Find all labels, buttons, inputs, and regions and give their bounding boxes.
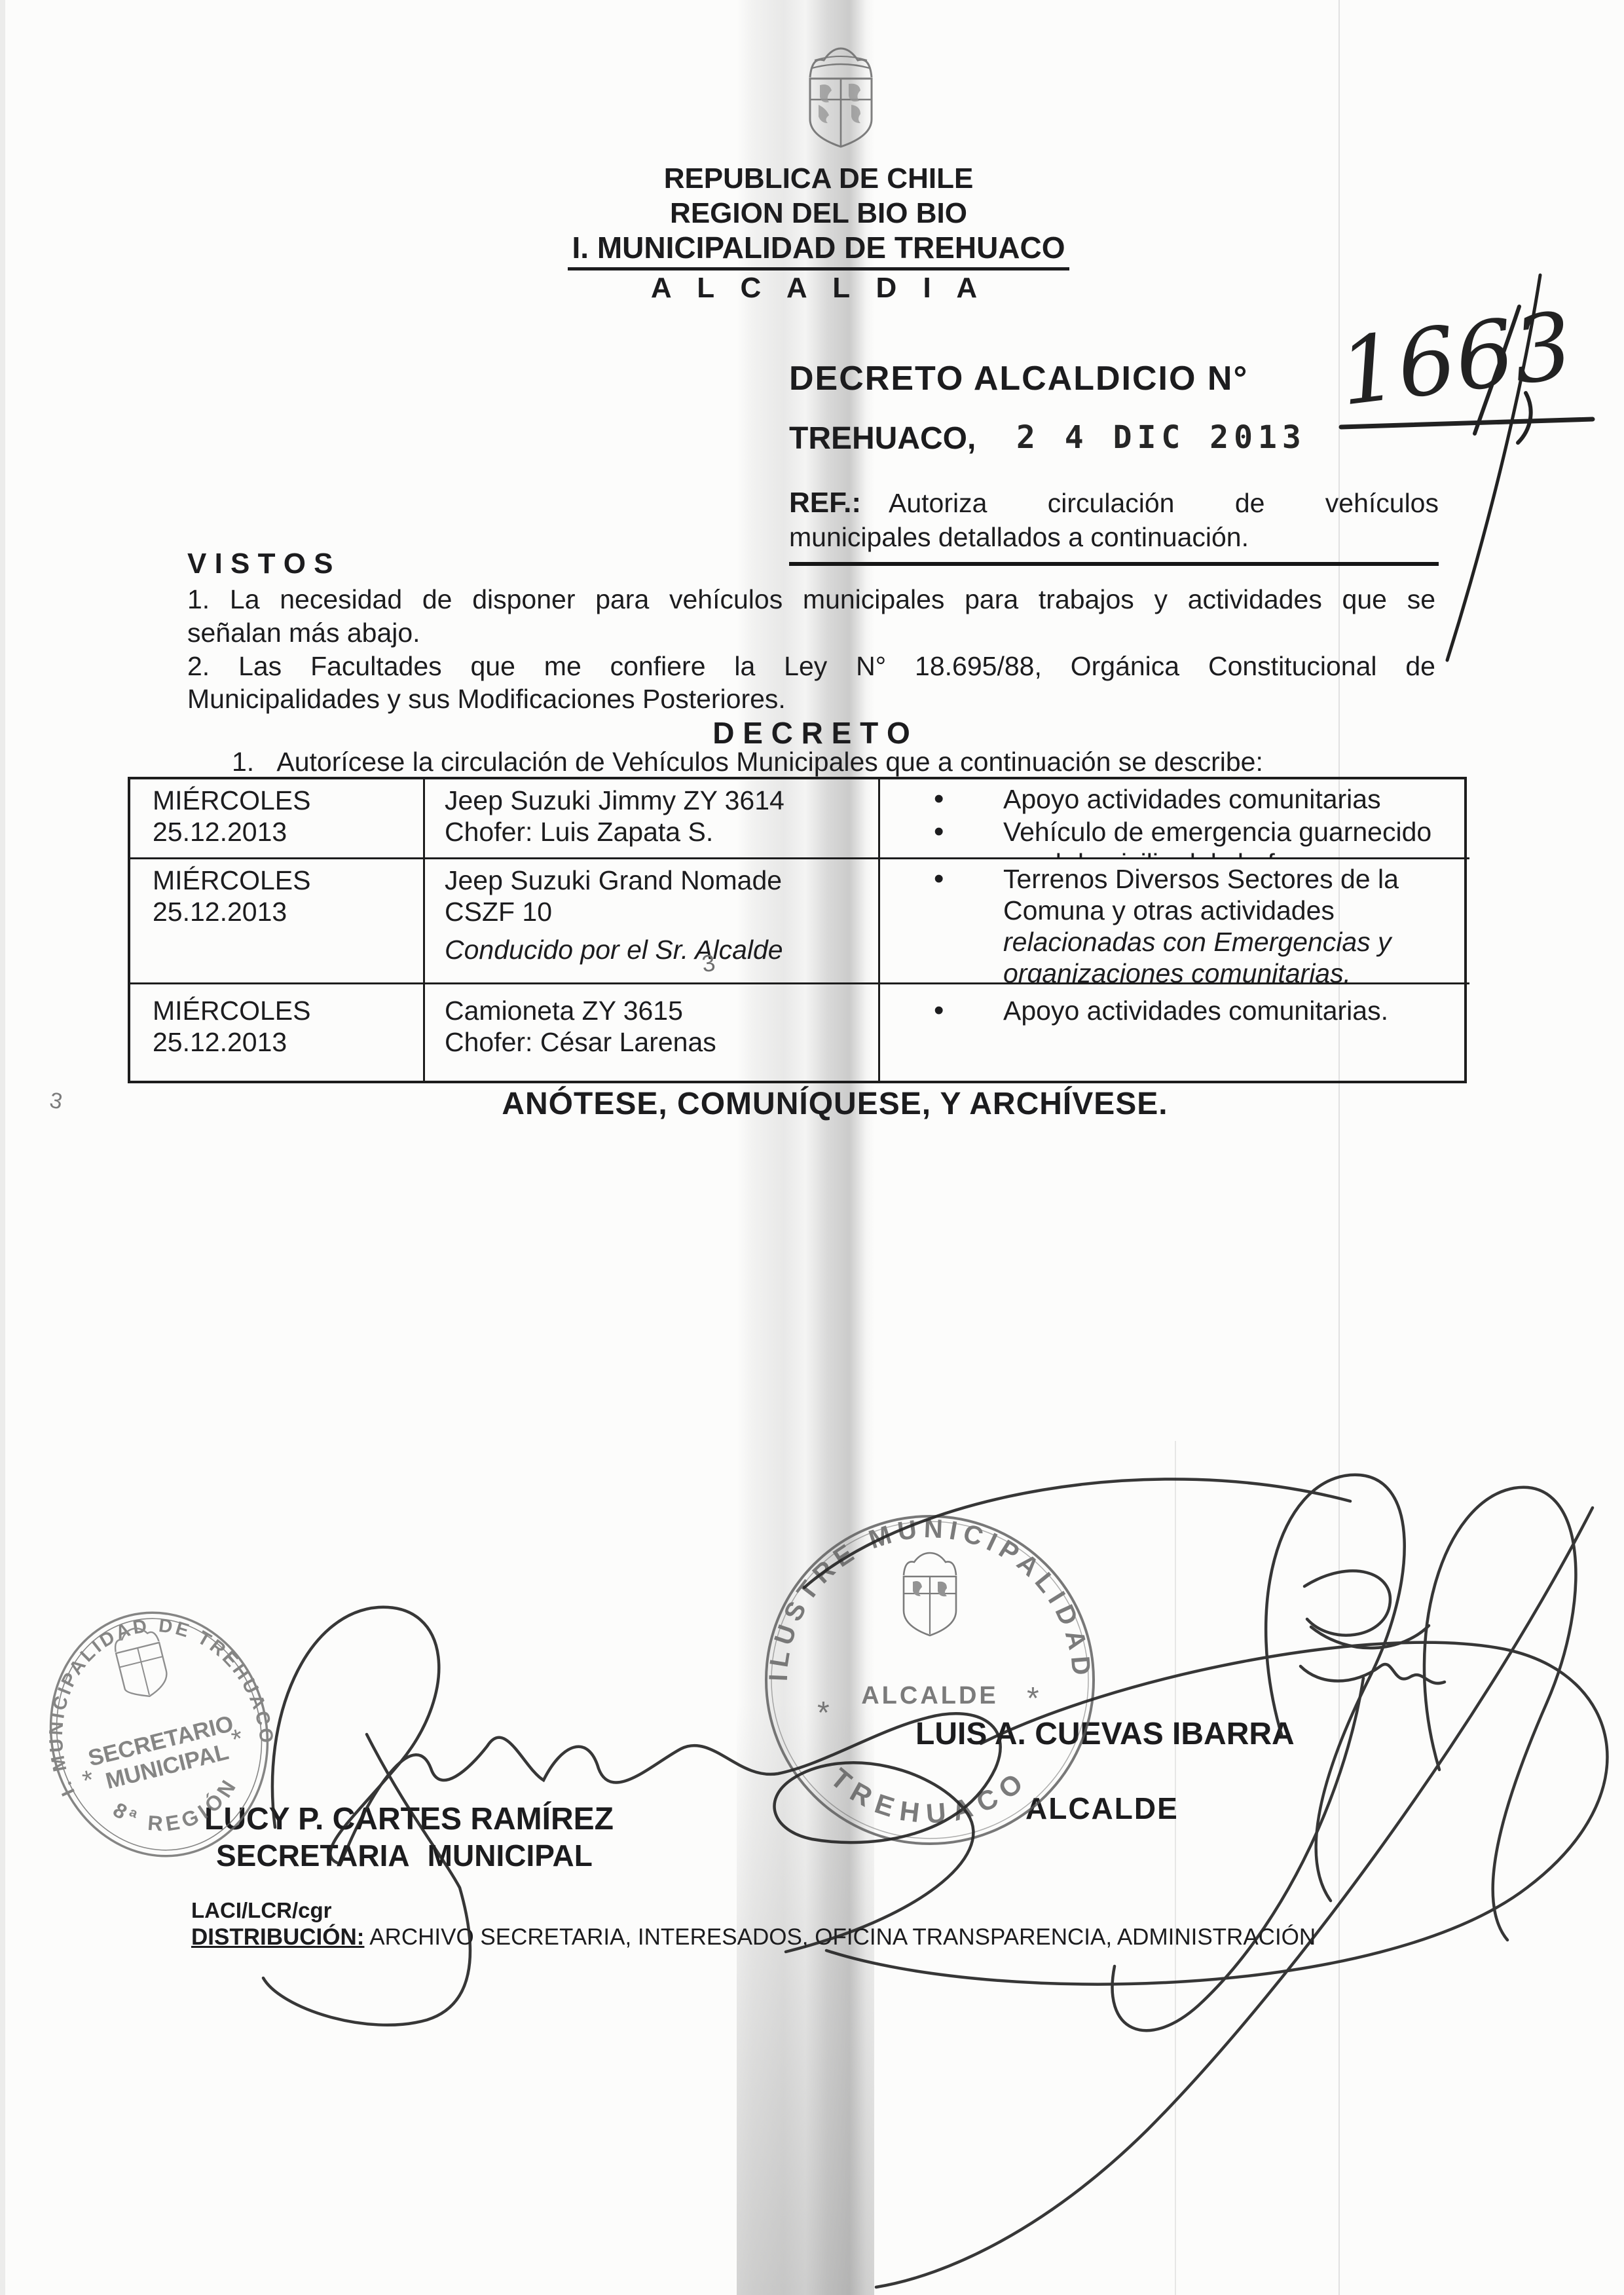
letterhead-office: A L C A L D I A bbox=[517, 271, 1120, 305]
mayor-title: ALCALDE bbox=[1025, 1791, 1179, 1826]
handwritten-underline bbox=[1341, 419, 1593, 427]
vistos-line2: señalan más abajo. bbox=[187, 618, 1435, 648]
mayor-stamp-crest-icon bbox=[904, 1553, 956, 1635]
star-icon: * bbox=[1027, 1681, 1039, 1716]
table-row2-date: MIÉRCOLES 25.12.2013 bbox=[130, 859, 425, 984]
footer-initials: LACI/LCR/cgr bbox=[191, 1898, 332, 1923]
ref-label: REF.: bbox=[789, 486, 861, 520]
table-row1-vehicle: Jeep Suzuki Jimmy ZY 3614 Chofer: Luis Z… bbox=[425, 779, 880, 859]
table-row3-vehicle: Camioneta ZY 3615 Chofer: César Larenas bbox=[425, 984, 880, 1081]
fold-line-center bbox=[1175, 1441, 1176, 2295]
distribution-label: DISTRIBUCIÓN: bbox=[191, 1924, 364, 1950]
closing-order: ANÓTESE, COMUNÍQUESE, Y ARCHÍVESE. bbox=[164, 1086, 1506, 1122]
svg-text:1663: 1663 bbox=[1333, 293, 1578, 427]
decree-title: DECRETO ALCALDICIO N° bbox=[789, 359, 1248, 398]
letterhead: REPUBLICA DE CHILE REGION DEL BIO BIO I.… bbox=[517, 161, 1120, 305]
star-icon: * bbox=[79, 1764, 97, 1797]
table-row2-purpose: Terrenos Diversos Sectores de la Comuna … bbox=[880, 859, 1469, 984]
table-row2-vehicle: Jeep Suzuki Grand Nomade CSZF 10 Conduci… bbox=[425, 859, 880, 984]
ref-line1: Autoriza circulación de vehículos bbox=[889, 486, 1439, 520]
distribution-text: ARCHIVO SECRETARIA, INTERESADOS, OFICINA… bbox=[364, 1924, 1316, 1950]
table-row1-purpose: Apoyo actividades comunitarias Vehículo … bbox=[880, 779, 1469, 859]
secretary-stamp-line1: SECRETARIO bbox=[86, 1711, 236, 1772]
vistos-line1: 1. La necesidad de disponer para vehícul… bbox=[187, 584, 1435, 615]
pen-mark: 3 bbox=[48, 1088, 64, 1115]
star-icon: * bbox=[229, 1723, 246, 1755]
decreto-heading: D E C R E T O bbox=[187, 715, 1435, 751]
handwritten-slash-long bbox=[1447, 275, 1540, 660]
mayor-signature bbox=[804, 1475, 1607, 2287]
mayor-name: LUIS A. CUEVAS IBARRA bbox=[915, 1716, 1295, 1752]
ref-block: REF.: Autoriza circulación de vehículos … bbox=[789, 486, 1439, 566]
secretary-stamp-line2: MUNICIPAL bbox=[103, 1739, 231, 1794]
vehicles-table: MIÉRCOLES 25.12.2013 Jeep Suzuki Jimmy Z… bbox=[128, 777, 1467, 1083]
scanned-decree-page: REPUBLICA DE CHILE REGION DEL BIO BIO I.… bbox=[0, 0, 1624, 2295]
ref-line2: municipales detallados a continuación. bbox=[789, 520, 1439, 554]
vistos-heading: V I S T O S bbox=[187, 548, 333, 580]
fold-line-right bbox=[1338, 0, 1340, 2295]
handwritten-slash-short bbox=[1475, 307, 1519, 434]
letterhead-country: REPUBLICA DE CHILE bbox=[517, 161, 1120, 196]
letterhead-region: REGION DEL BIO BIO bbox=[517, 196, 1120, 231]
svg-text:I. MUNICIPALIDAD DE TREHUACO: I. MUNICIPALIDAD DE TREHUACO bbox=[19, 1590, 280, 1800]
table-row1-date: MIÉRCOLES 25.12.2013 bbox=[130, 779, 425, 859]
secretary-stamp-shield-icon bbox=[111, 1624, 172, 1702]
decree-date-stamp: 2 4 DIC 2013 bbox=[1016, 419, 1306, 456]
secretary-name: LUCY P. CARTES RAMÍREZ bbox=[204, 1801, 614, 1837]
distribution-line: DISTRIBUCIÓN: ARCHIVO SECRETARIA, INTERE… bbox=[191, 1924, 1316, 1950]
decreto-item1: 1. Autorícese la circulación de Vehículo… bbox=[187, 747, 1435, 777]
table-row3-date: MIÉRCOLES 25.12.2013 bbox=[130, 984, 425, 1081]
mayor-stamp-center-text: ALCALDE bbox=[861, 1682, 999, 1709]
secretary-stamp-ring-text: I. MUNICIPALIDAD DE TREHUACO bbox=[19, 1590, 280, 1800]
vistos-line3: 2. Las Facultades que me confiere la Ley… bbox=[187, 651, 1435, 682]
secretary-title: SECRETARIA MUNICIPAL bbox=[216, 1838, 593, 1873]
table-row3-purpose: Apoyo actividades comunitarias. bbox=[880, 984, 1469, 1081]
page-left-edge-shadow bbox=[0, 0, 5, 2295]
decree-place: TREHUACO, bbox=[789, 420, 976, 457]
vistos-line4: Municipalidades y sus Modificaciones Pos… bbox=[187, 684, 1435, 715]
letterhead-municipality: I. MUNICIPALIDAD DE TREHUACO bbox=[568, 231, 1069, 271]
scan-streak-band-lower bbox=[737, 1703, 874, 2295]
handwritten-comma bbox=[1518, 393, 1531, 443]
